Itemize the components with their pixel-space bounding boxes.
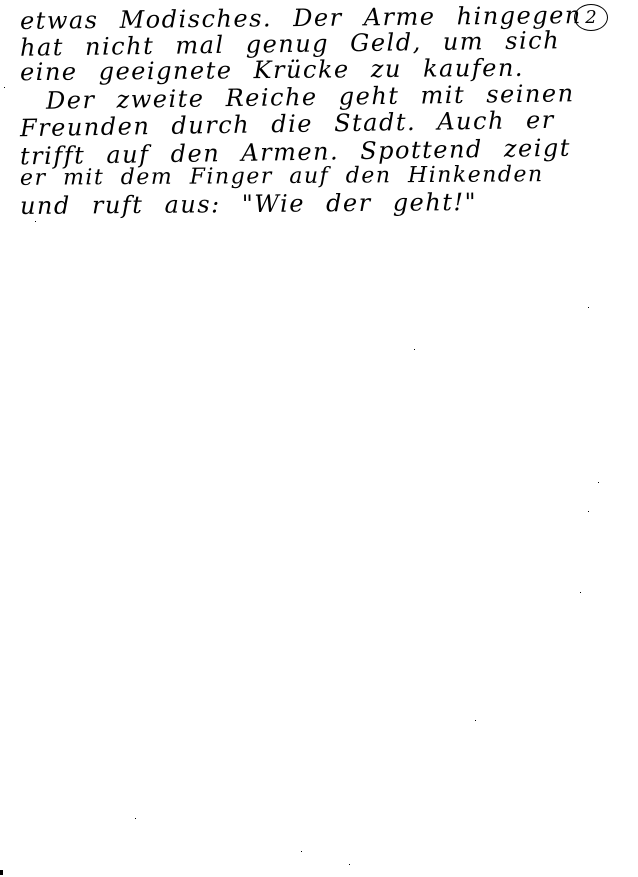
text-line: eine geeignete Krücke zu kaufen. [20, 56, 524, 84]
scan-speck [4, 87, 5, 88]
handwritten-page: 2 etwas Modisches. Der Arme hingegen hat… [0, 0, 638, 877]
scan-speck [580, 592, 581, 593]
scan-speck [301, 851, 302, 852]
scan-speck [588, 511, 589, 512]
scan-corner-mark [0, 870, 3, 875]
scan-speck [475, 720, 476, 721]
scan-speck [598, 482, 599, 483]
text-line: er mit dem Finger auf den Hinkenden [20, 164, 544, 190]
scan-speck [35, 221, 36, 222]
scan-speck [135, 818, 136, 819]
scan-speck [588, 307, 589, 308]
scan-speck [414, 349, 415, 350]
scan-speck [349, 864, 350, 865]
text-line: und ruft aus: "Wie der geht!" [20, 190, 477, 218]
